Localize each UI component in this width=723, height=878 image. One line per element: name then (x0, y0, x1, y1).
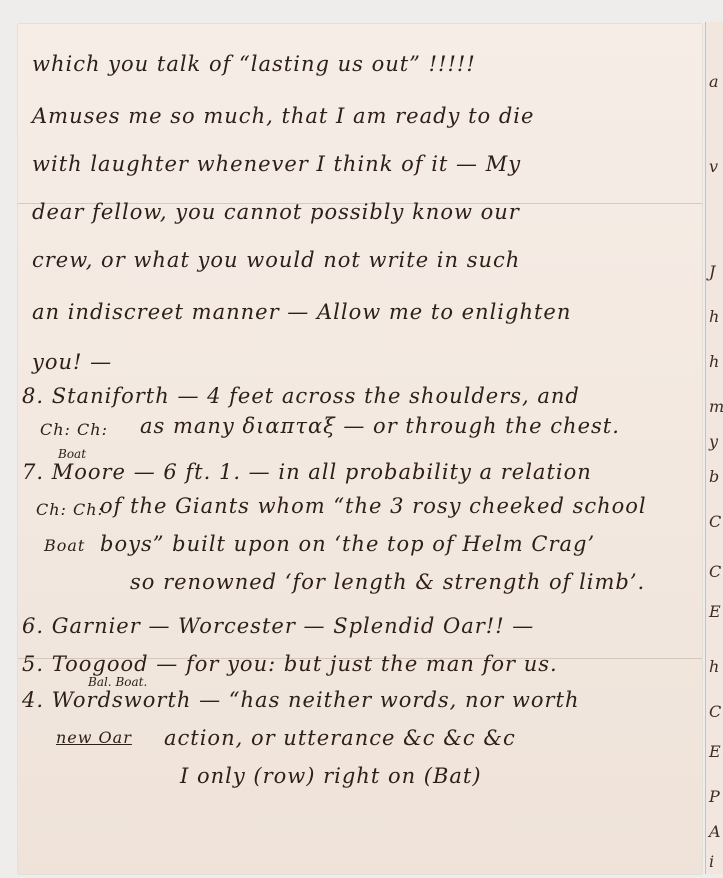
adjacent-page-edge: a v J h h m y b C C E h C E P A i (705, 22, 723, 874)
crew-continuation: so renowned ‘for length & strength of li… (130, 570, 645, 594)
crew-entry-5: 5. Toogood — for you: but just the man f… (22, 652, 558, 676)
crew-name: Staniforth (52, 384, 170, 408)
crew-name: Toogood (52, 652, 149, 676)
crew-entry-7: 7. Moore — 6 ft. 1. — in all probability… (22, 460, 592, 484)
crew-number: 8. (22, 384, 44, 408)
crew-name: Garnier (52, 614, 141, 638)
letter-line: with laughter whenever I think of it — M… (32, 152, 521, 176)
crew-description: — “has neither words, nor worth (199, 688, 579, 712)
crew-superscript: Boat (58, 447, 86, 461)
crew-margin-note: Ch: Ch: (40, 420, 108, 439)
letter-line: crew, or what you would not write in suc… (32, 248, 520, 272)
crew-number: 7. (22, 460, 44, 484)
crew-margin-note: Ch: Ch: (36, 500, 104, 519)
crew-margin-note: new Oar (56, 728, 132, 747)
crew-description: — 6 ft. 1. — in all probability a relati… (134, 460, 592, 484)
crew-description: — for you: but just the man for us. (156, 652, 557, 676)
letter-line: which you talk of “lasting us out” !!!!! (32, 52, 476, 76)
letter-line: an indiscreet manner — Allow me to enlig… (32, 300, 571, 324)
crew-name: Wordsworth (52, 688, 192, 712)
crew-entry-8: 8. Staniforth — 4 feet across the should… (22, 384, 580, 408)
letter-line: you! — (32, 350, 112, 374)
crew-continuation: boys” built upon on ‘the top of Helm Cra… (100, 532, 595, 556)
letter-line: dear fellow, you cannot possibly know ou… (32, 200, 520, 224)
crew-number: 4. (22, 688, 44, 712)
crew-superscript: Bal. Boat. (88, 675, 147, 689)
crew-continuation: of the Giants whom “the 3 rosy cheeked s… (100, 494, 647, 518)
crew-continuation: action, or utterance &c &c &c (164, 726, 516, 750)
crew-name: Moore (52, 460, 126, 484)
crew-entry-6: 6. Garnier — Worcester — Splendid Oar!! … (22, 614, 534, 638)
crew-margin-note: Boat (44, 536, 85, 555)
crew-description: — Worcester — Splendid Oar!! — (148, 614, 534, 638)
crew-number: 5. (22, 652, 44, 676)
letter-line: Amuses me so much, that I am ready to di… (32, 104, 534, 128)
crew-continuation: as many διαπταξ — or through the chest. (140, 414, 620, 438)
crew-number: 6. (22, 614, 44, 638)
crew-entry-4: 4. Wordsworth — “has neither words, nor … (22, 688, 580, 712)
crew-continuation: I only (row) right on (Bat) (180, 764, 482, 788)
crew-description: — 4 feet across the shoulders, and (177, 384, 579, 408)
